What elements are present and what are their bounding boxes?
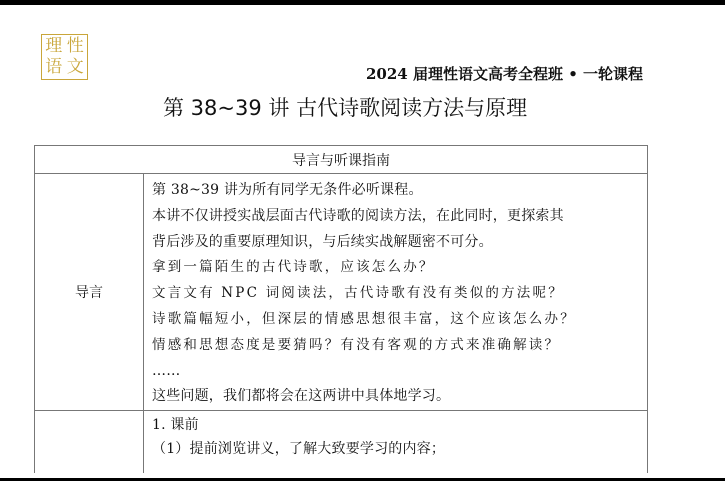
text-line: （1）提前浏览讲义，了解大致要学习的内容； <box>152 437 641 461</box>
table-heading-row: 导言与听课指南 <box>35 146 648 174</box>
text-line: 1. 课前 <box>152 413 641 437</box>
logo-char: 理 <box>45 38 62 55</box>
text-line: 本讲不仅讲授实战层面古代诗歌的阅读方法，在此同时，更探索其 <box>152 204 641 230</box>
course-series-heading: 2024 届理性语文高考全程班 • 一轮课程 <box>366 63 643 84</box>
text-line: 情感和思想态度是要猜吗？有没有客观的方式来准确解读？ <box>152 333 641 359</box>
table-row-guide: 1. 课前 （1）提前浏览讲义，了解大致要学习的内容； <box>35 411 648 474</box>
text-line: 诗歌篇幅短小，但深层的情感思想很丰富，这个应该怎么办？ <box>152 307 641 333</box>
text-line: …… <box>152 359 641 385</box>
row-label <box>35 411 144 474</box>
text-line: 这些问题，我们都将会在这两讲中具体地学习。 <box>152 384 641 410</box>
row-label: 导言 <box>35 174 144 411</box>
text-line: 文言文有 NPC 词阅读法，古代诗歌有没有类似的方法呢？ <box>152 281 641 307</box>
guide-table: 导言与听课指南 导言 第 38~39 讲为所有同学无条件必听课程。 本讲不仅讲授… <box>34 145 648 473</box>
top-edge-bar <box>0 0 725 5</box>
logo-char: 性 <box>67 38 84 55</box>
table-heading: 导言与听课指南 <box>35 146 648 174</box>
row-content: 第 38~39 讲为所有同学无条件必听课程。 本讲不仅讲授实战层面古代诗歌的阅读… <box>144 174 648 411</box>
text-line: 第 38~39 讲为所有同学无条件必听课程。 <box>152 178 641 204</box>
text-line: 拿到一篇陌生的古代诗歌，应该怎么办？ <box>152 255 641 281</box>
text-line: 背后涉及的重要原理知识，与后续实战解题密不可分。 <box>152 230 641 256</box>
brand-logo: 理 性 语 文 <box>41 34 88 80</box>
table-row-intro: 导言 第 38~39 讲为所有同学无条件必听课程。 本讲不仅讲授实战层面古代诗歌… <box>35 174 648 411</box>
logo-char: 语 <box>45 59 62 76</box>
row-content: 1. 课前 （1）提前浏览讲义，了解大致要学习的内容； <box>144 411 648 474</box>
page-title: 第 38~39 讲 古代诗歌阅读方法与原理 <box>163 92 527 122</box>
logo-char: 文 <box>67 59 84 76</box>
